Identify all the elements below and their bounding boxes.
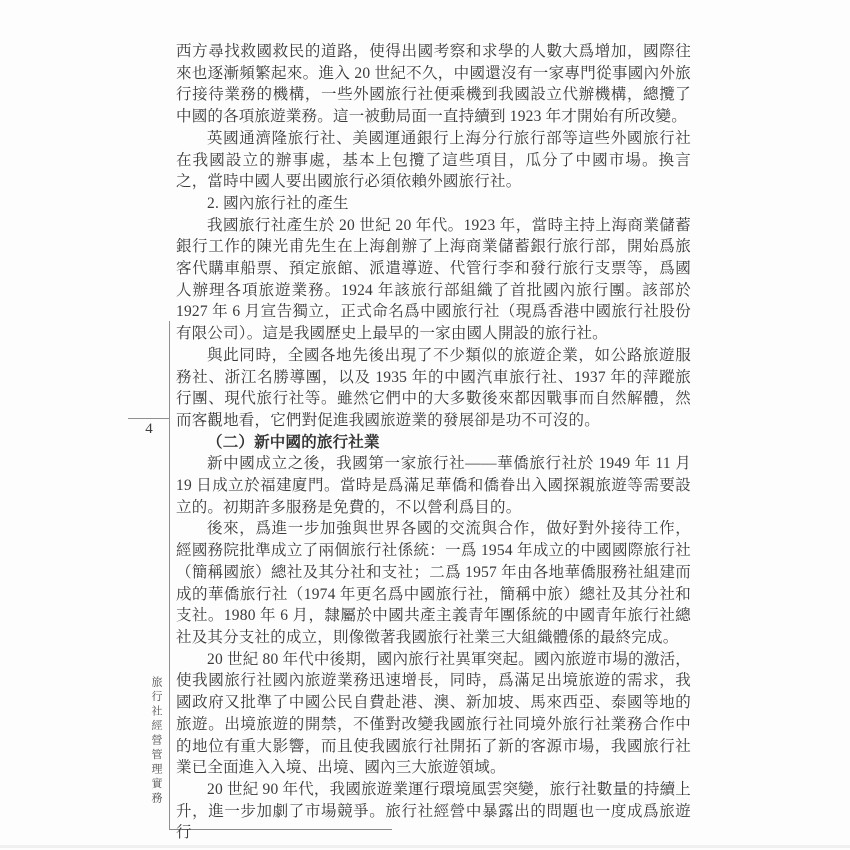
paragraph: 與此同時，全國各地先後出現了不少類似的旅遊企業，如公路旅遊服務社、浙江名勝導團，…: [176, 345, 691, 432]
paragraph: 20 世紀 80 年代中後期，國內旅行社異軍突起。國內旅遊市場的激活，使我國旅行…: [176, 649, 691, 779]
text-column: 西方尋找救國救民的道路，使得出國考察和求學的人數大爲增加，國際往來也逐漸頻繁起來…: [176, 41, 691, 844]
margin-vertical-rule: [169, 321, 170, 829]
paragraph: 英國通濟隆旅行社、美國運通銀行上海分行旅行部等這些外國旅行社在我國設立的辦事處，…: [176, 128, 691, 193]
page-number-tick-rule: [128, 418, 170, 419]
paragraph: 新中國成立之後，我國第一家旅行社——華僑旅行社於 1949 年 11 月 19 …: [176, 453, 691, 518]
book-page: 4 旅行社經營管理實務 西方尋找救國救民的道路，使得出國考察和求學的人數大爲增加…: [0, 0, 850, 850]
section-heading-numbered: 2. 國內旅行社的產生: [176, 193, 691, 215]
margin-book-title: 旅行社經營管理實務: [148, 676, 164, 807]
scan-edge-artifact: [0, 845, 850, 848]
paragraph: 我國旅行社產生於 20 世紀 20 年代。1923 年，當時主持上海商業儲蓄銀行…: [176, 215, 691, 345]
paragraph: 20 世紀 90 年代，我國旅遊業運行環境風雲突變，旅行社數量的持續上升，進一步…: [176, 779, 691, 844]
paragraph-continued: 西方尋找救國救民的道路，使得出國考察和求學的人數大爲增加，國際往來也逐漸頻繁起來…: [176, 41, 691, 128]
page-number: 4: [136, 421, 162, 438]
section-heading-bold: （二）新中國的旅行社業: [176, 432, 691, 454]
paragraph: 後來，爲進一步加強與世界各國的交流與合作，做好對外接待工作，經國務院批準成立了兩…: [176, 518, 691, 648]
